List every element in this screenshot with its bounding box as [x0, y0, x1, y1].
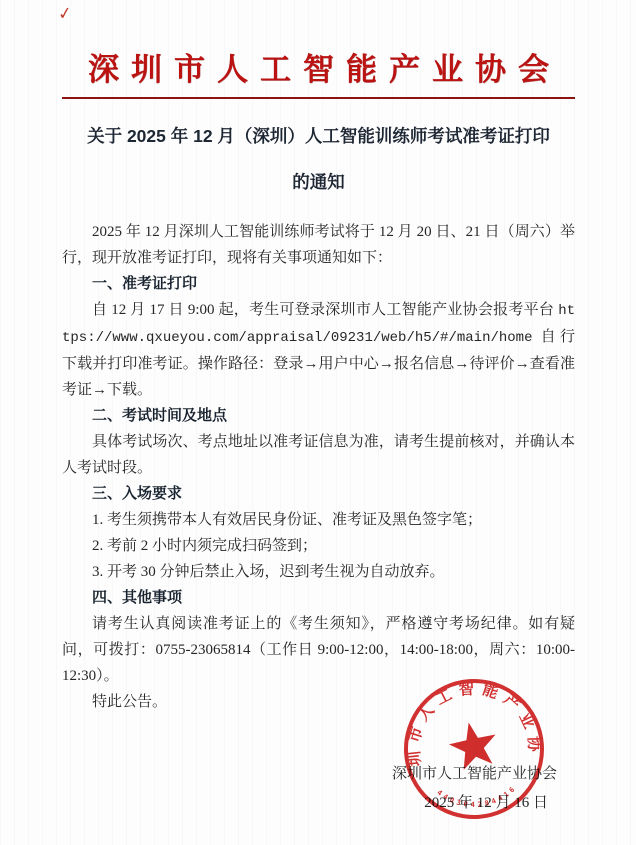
seal-star-icon [445, 718, 501, 772]
section4-heading: 四、其他事项 [62, 585, 575, 611]
document-body: 2025 年 12 月深圳人工智能训练师考试将于 12 月 20 日、21 日（… [62, 219, 575, 715]
document-title-line2: 的通知 [62, 169, 575, 194]
entry-requirement-item-1: 1. 考生须携带本人有效居民身份证、准考证及黑色签字笔； [62, 507, 575, 533]
scanned-notice-page: ✓ 深圳市人工智能产业协会 关于 2025 年 12 月（深圳）人工智能训练师考… [0, 0, 636, 845]
letterhead-org-title: 深圳市人工智能产业协会 [62, 44, 575, 99]
section2-heading: 二、考试时间及地点 [62, 403, 575, 429]
official-red-seal: 深圳市人工智能产业协会 440304284416 [394, 669, 554, 829]
intro-paragraph: 2025 年 12 月深圳人工智能训练师考试将于 12 月 20 日、21 日（… [62, 219, 575, 271]
document-title-line1: 关于 2025 年 12 月（深圳）人工智能训练师考试准考证打印 [62, 123, 575, 148]
section1-paragraph: 自 12 月 17 日 9:00 起，考生可登录深圳市人工智能产业协会报考平台 … [62, 297, 575, 403]
document-title: 关于 2025 年 12 月（深圳）人工智能训练师考试准考证打印 的通知 [62, 123, 575, 194]
section1-text-before-url: 自 12 月 17 日 9:00 起，考生可登录深圳市人工智能产业协会报考平台 [92, 302, 558, 318]
corner-check-mark-icon: ✓ [57, 3, 74, 25]
entry-requirement-item-3: 3. 开考 30 分钟后禁止入场，迟到考生视为自动放弃。 [62, 559, 575, 585]
document-content: 深圳市人工智能产业协会 关于 2025 年 12 月（深圳）人工智能训练师考试准… [62, 44, 575, 715]
section2-paragraph: 具体考试场次、考点地址以准考证信息为准，请考生提前核对，并确认本人考试时段。 [62, 429, 575, 481]
entry-requirement-item-2: 2. 考前 2 小时内须完成扫码签到； [62, 533, 575, 559]
section3-heading: 三、入场要求 [62, 481, 575, 507]
section1-heading: 一、准考证打印 [62, 271, 575, 297]
seal-graphic: 深圳市人工智能产业协会 440304284416 [394, 669, 554, 829]
